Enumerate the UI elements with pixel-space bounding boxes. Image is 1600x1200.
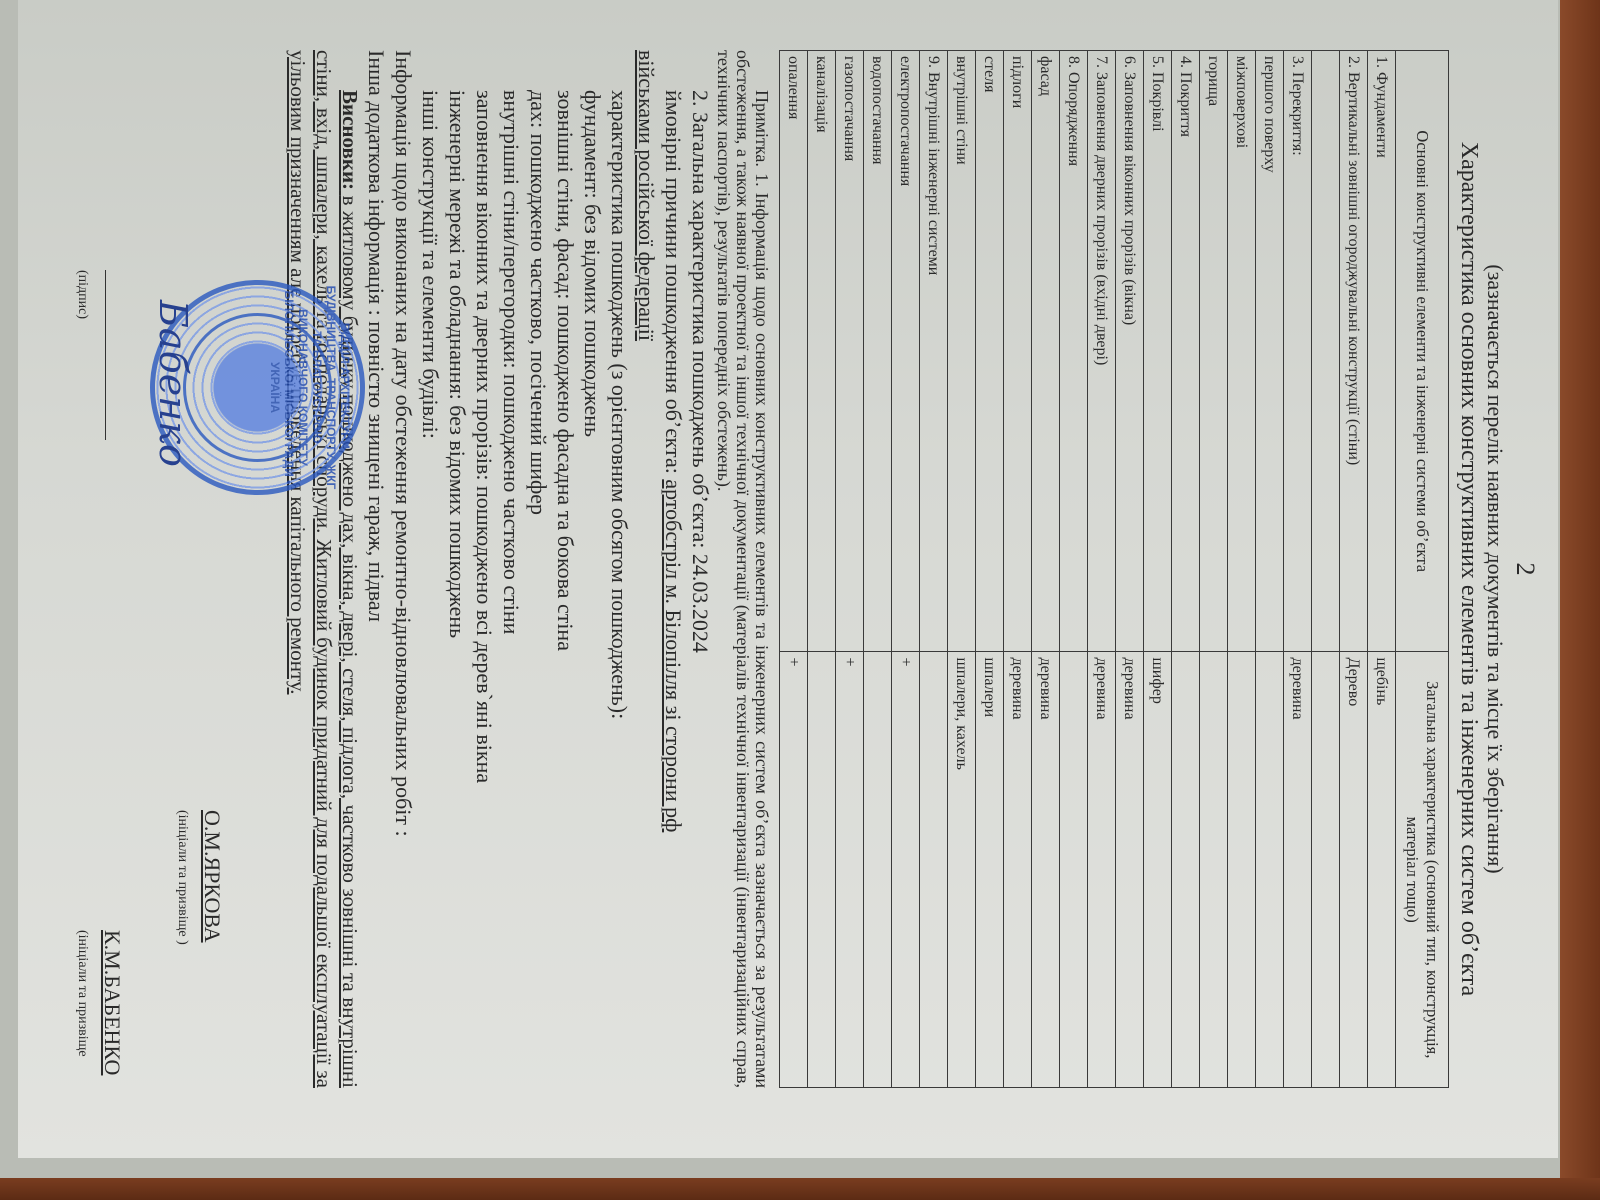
- extra-info: Інша додаткова інформація : повністю зни…: [363, 50, 390, 1088]
- value-cell: [1172, 652, 1200, 1088]
- value-cell: деревина: [1032, 652, 1060, 1088]
- table-header-characteristics: Загальна характеристика (основний тип, к…: [1396, 652, 1449, 1088]
- damage-item: фундамент: без відомих пошкоджень: [579, 50, 606, 1088]
- table-row: стеляшпалери: [976, 51, 1004, 1088]
- element-cell: фасад: [1032, 51, 1060, 652]
- repair-info: Інформація щодо виконаних на дату обстеж…: [390, 50, 417, 1088]
- value-cell: [1312, 652, 1340, 1088]
- element-cell: 5. Покрівлі: [1144, 51, 1172, 652]
- table-header-elements: Основні конструктивні елементи та інжене…: [1396, 51, 1449, 652]
- damage-item: інженерні мережі та обладнання: без відо…: [444, 50, 471, 1088]
- value-cell: [1228, 652, 1256, 1088]
- element-cell: газопостачання: [836, 51, 864, 652]
- table-row: газопостачання+: [836, 51, 864, 1088]
- documents-note: (зазначається перелік наявних документів…: [1482, 50, 1508, 1088]
- value-cell: [920, 652, 948, 1088]
- value-cell: шпалери, кахель: [948, 652, 976, 1088]
- note-2: 2. Загальна характеристика пошкоджень об…: [687, 50, 714, 1088]
- page-title: Характеристика основних конструктивних е…: [1455, 50, 1482, 1088]
- element-cell: водопостачання: [864, 51, 892, 652]
- page-number: 2: [1510, 50, 1540, 1088]
- table-row: 7. Заповнення дверних прорізів (вхідні д…: [1088, 51, 1116, 1088]
- table-row: 9. Внутрішні інженерні системи: [920, 51, 948, 1088]
- table-row: першого поверху: [1256, 51, 1284, 1088]
- table-row: 5. Покрівлішифер: [1144, 51, 1172, 1088]
- value-cell: +: [780, 652, 808, 1088]
- value-cell: деревина: [1088, 652, 1116, 1088]
- value-cell: +: [836, 652, 864, 1088]
- value-cell: Дерево: [1340, 652, 1368, 1088]
- table-row: 1. Фундаментищебінь: [1368, 51, 1396, 1088]
- value-cell: щебінь: [1368, 652, 1396, 1088]
- damage-causes-cont: військами російської федерації: [633, 50, 660, 1088]
- damage-heading: характеристика пошкоджень (з орієнтовним…: [606, 50, 633, 1088]
- element-cell: першого поверху: [1256, 51, 1284, 652]
- signature-block: ВІДДІЛ АРХІТЕКТУРИ, БУДІВНИЦТВА, ТРАНСПО…: [0, 50, 235, 1088]
- element-cell: каналізація: [808, 51, 836, 652]
- value-cell: [1060, 652, 1088, 1088]
- element-cell: 8. Опорядження: [1060, 51, 1088, 652]
- damage-causes: ймовірні причини пошкодження об’єкта: ар…: [660, 50, 687, 1088]
- element-cell: внутрішні стіни: [948, 51, 976, 652]
- damage-item: заповнення віконних та дверних прорізів:…: [471, 50, 498, 1088]
- value-cell: [1200, 652, 1228, 1088]
- conclusions: Висновки: в житловому будинку пошкоджено…: [285, 50, 363, 1088]
- element-cell: 3. Перекриття:: [1284, 51, 1312, 652]
- element-cell: горища: [1200, 51, 1228, 652]
- person-2: К.М.БАБЕНКО (ініціали та призвіще: [73, 930, 125, 1075]
- value-cell: шифер: [1144, 652, 1172, 1088]
- table-row: горища: [1200, 51, 1228, 1088]
- table-row: 2. Вертикальні зовнішні огороджувальні к…: [1340, 51, 1368, 1088]
- table-row: підлогидеревина: [1004, 51, 1032, 1088]
- element-cell: підлоги: [1004, 51, 1032, 652]
- element-cell: 7. Заповнення дверних прорізів (вхідні д…: [1088, 51, 1116, 652]
- table-row: 8. Опорядження: [1060, 51, 1088, 1088]
- wood-table-edge-right: [1560, 0, 1600, 1200]
- wood-table-edge-bottom: [0, 1178, 1600, 1200]
- document-page: 2 (зазначається перелік наявних документ…: [18, 0, 1558, 1158]
- damage-item: зовнішні стіни, фасад: пошкоджено фасадн…: [552, 50, 579, 1088]
- signature-line: (підпис): [73, 270, 125, 440]
- damage-item: внутрішні стіни/перегородки: пошкоджено …: [498, 50, 525, 1088]
- person-1-name: О.М.ЯРКОВА: [200, 810, 225, 943]
- damage-item: інші конструкції та елементи будівлі:: [417, 50, 444, 1088]
- element-cell: стеля: [976, 51, 1004, 652]
- damage-list: фундамент: без відомих пошкодженьзовнішн…: [417, 50, 606, 1088]
- value-cell: деревина: [1116, 652, 1144, 1088]
- value-cell: деревина: [1284, 652, 1312, 1088]
- element-cell: 2. Вертикальні зовнішні огороджувальні к…: [1340, 51, 1368, 652]
- table-row: 6. Заповнення віконних прорізів (вікна)д…: [1116, 51, 1144, 1088]
- element-cell: 6. Заповнення віконних прорізів (вікна): [1116, 51, 1144, 652]
- value-cell: шпалери: [976, 652, 1004, 1088]
- table-row: каналізація: [808, 51, 836, 1088]
- table-row: міжповерхові: [1228, 51, 1256, 1088]
- table-row: 4. Покриття: [1172, 51, 1200, 1088]
- element-cell: 4. Покриття: [1172, 51, 1200, 652]
- element-cell: 1. Фундаменти: [1368, 51, 1396, 652]
- value-cell: [1256, 652, 1284, 1088]
- table-row: внутрішні стінишпалери, кахель: [948, 51, 976, 1088]
- handwritten-signature: Бабенко: [151, 300, 195, 467]
- value-cell: +: [892, 652, 920, 1088]
- element-cell: електропостачання: [892, 51, 920, 652]
- value-cell: [864, 652, 892, 1088]
- table-row: [1312, 51, 1340, 1088]
- table-row: фасаддеревина: [1032, 51, 1060, 1088]
- table-row: електропостачання+: [892, 51, 920, 1088]
- person-1: О.М.ЯРКОВА (ініціали та призвіще ): [173, 810, 225, 945]
- damage-item: дах: пошкоджено частково, посічений шифе…: [525, 50, 552, 1088]
- element-cell: [1312, 51, 1340, 652]
- constructive-elements-table: Основні конструктивні елементи та інжене…: [779, 50, 1449, 1088]
- table-row: 3. Перекриття:деревина: [1284, 51, 1312, 1088]
- person-2-name: К.М.БАБЕНКО: [100, 930, 125, 1075]
- value-cell: [808, 652, 836, 1088]
- element-cell: міжповерхові: [1228, 51, 1256, 652]
- value-cell: деревина: [1004, 652, 1032, 1088]
- element-cell: 9. Внутрішні інженерні системи: [920, 51, 948, 652]
- table-row: опалення+: [780, 51, 808, 1088]
- notes-section: Примітка. 1. Інформація щодо основних ко…: [285, 50, 771, 1088]
- note-1: Примітка. 1. Інформація щодо основних ко…: [714, 50, 771, 1088]
- element-cell: опалення: [780, 51, 808, 652]
- table-row: водопостачання: [864, 51, 892, 1088]
